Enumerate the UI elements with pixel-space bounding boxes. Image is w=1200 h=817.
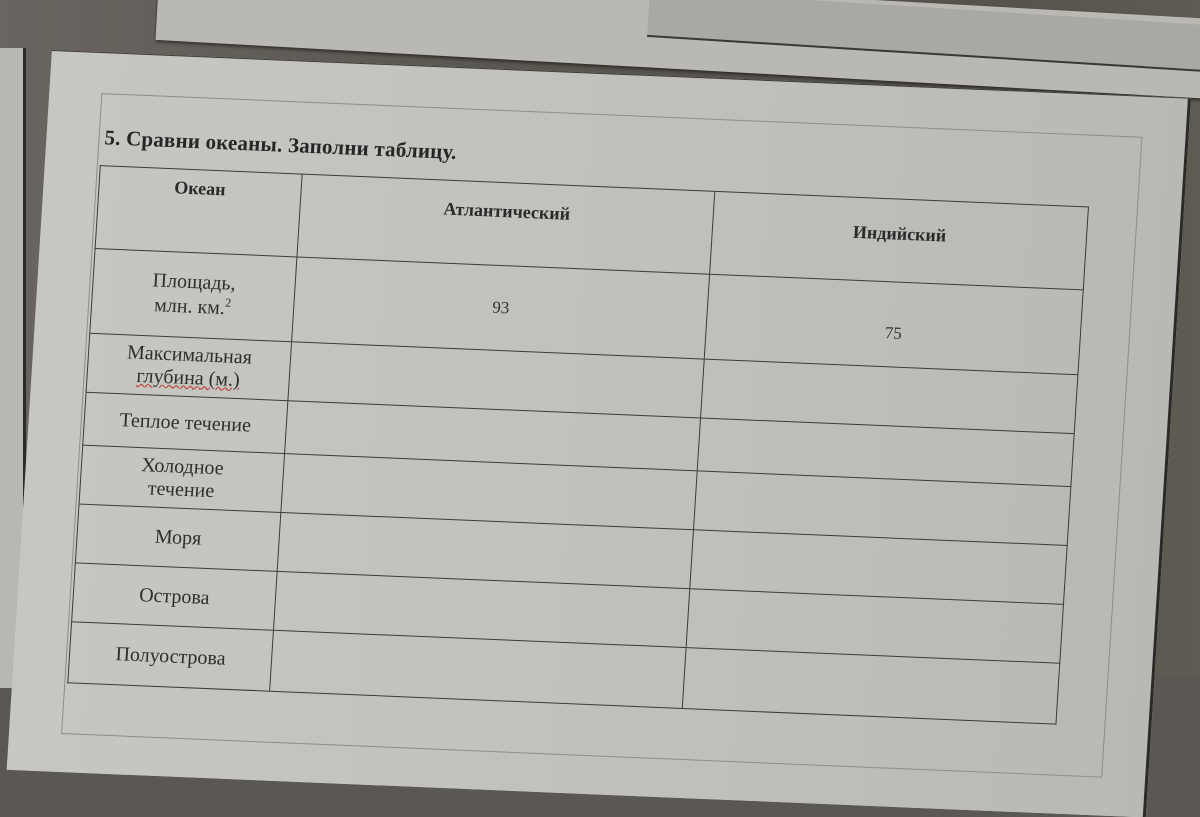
ocean-comparison-table: Океан Атлантический Индийский Площадь, м… [67, 165, 1089, 675]
page-edge [1143, 99, 1191, 675]
row-label-area: Площадь, млн. км.2 [90, 248, 297, 341]
row-label-unit: глубина (м.) [136, 365, 241, 391]
document-page: 5. Сравни океаны. Заполни таблицу. Океан… [7, 50, 1191, 675]
header-ocean: Океан [95, 166, 302, 257]
row-label-depth: Максимальная глубина (м.) [86, 333, 291, 400]
header-indian: Индийский [710, 191, 1088, 289]
row-label-cold-current: Холодное течение [79, 445, 284, 512]
row-label-warm-current: Теплое течение [83, 392, 288, 453]
superscript: 2 [225, 296, 232, 310]
row-label-peninsulas: Полуострова [68, 622, 274, 675]
row-label-islands: Острова [72, 563, 277, 630]
cell-indian-area[interactable]: 75 [705, 274, 1084, 374]
photo-background: 5. Сравни океаны. Заполни таблицу. Океан… [0, 0, 1200, 675]
row-label-seas: Моря [75, 504, 280, 571]
row-label-unit: млн. км. [154, 294, 226, 319]
